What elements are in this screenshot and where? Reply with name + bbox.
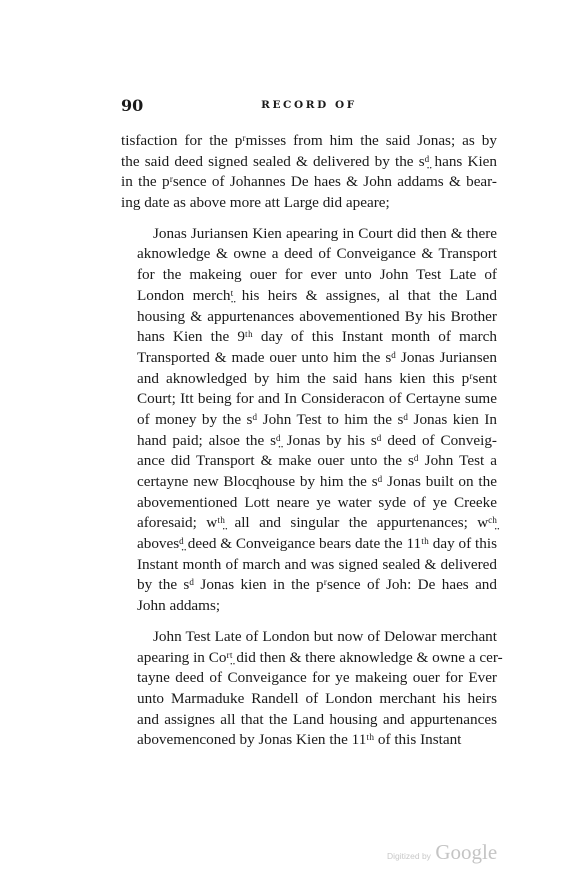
text-line: ing date as above more att Large did ape…	[121, 193, 497, 214]
body-text: tisfaction for the pʳmisses from him the…	[121, 131, 497, 751]
text-line: aforesaid; wᵗʰ̤ all and singular the app…	[121, 513, 497, 534]
text-line: tisfaction for the pʳmisses from him the…	[121, 131, 497, 152]
text-line: John addams;	[121, 596, 497, 617]
paragraph: tisfaction for the pʳmisses from him the…	[121, 131, 497, 214]
text-line: abovementioned Lott neare ye water syde …	[121, 493, 497, 514]
digitized-watermark: Digitized by Google	[387, 840, 497, 865]
text-line: John Test Late of London but now of Delo…	[121, 627, 497, 648]
text-line: certayne new Blocqhouse by him the sᵈ Jo…	[121, 472, 497, 493]
google-logo: Google	[435, 840, 497, 864]
digitized-by-label: Digitized by	[387, 851, 431, 861]
text-line: and aknowledged by him the said hans kie…	[121, 369, 497, 390]
text-line: tayne deed of Conveigance for ye makeing…	[121, 668, 497, 689]
text-line: hans Kien the 9ᵗʰ day of this Instant mo…	[121, 327, 497, 348]
text-line: Transported & made ouer unto him the sᵈ …	[121, 348, 497, 369]
page-header: 90 RECORD OF	[121, 96, 497, 116]
text-line: and assignes all that the Land housing a…	[121, 710, 497, 731]
text-line: Court; Itt being for and In Consideracon…	[121, 389, 497, 410]
text-line: aknowledge & owne a deed of Conveigance …	[121, 244, 497, 265]
running-title: RECORD OF	[121, 99, 497, 111]
text-line: abovesᵈ̤ deed & Conveigance bears date t…	[121, 534, 497, 555]
text-line: in the pʳsence of Johannes De haes & Joh…	[121, 172, 497, 193]
text-line: Jonas Juriansen Kien apearing in Court d…	[121, 224, 497, 245]
paragraph: John Test Late of London but now of Delo…	[121, 627, 497, 751]
paragraph: Jonas Juriansen Kien apearing in Court d…	[121, 224, 497, 617]
text-line: apearing in Coʳᵗ̤ did then & there aknow…	[121, 648, 497, 669]
text-line: London merchᵗ̤ his heirs & assignes, al …	[121, 286, 497, 307]
text-line: housing & appurtenances abovementioned B…	[121, 307, 497, 328]
text-line: ance did Transport & make ouer unto the …	[121, 451, 497, 472]
text-line: the said deed signed sealed & delivered …	[121, 152, 497, 173]
text-line: of money by the sᵈ John Test to him the …	[121, 410, 497, 431]
text-line: for the makeing ouer for ever unto John …	[121, 265, 497, 286]
text-line: by the sᵈ Jonas kien in the pʳsence of J…	[121, 575, 497, 596]
text-line: hand paid; alsoe the sᵈ̤ Jonas by his sᵈ…	[121, 431, 497, 452]
text-line: abovemenconed by Jonas Kien the 11ᵗʰ of …	[121, 730, 497, 751]
text-line: unto Marmaduke Randell of London merchan…	[121, 689, 497, 710]
text-line: Instant month of march and was signed se…	[121, 555, 497, 576]
book-page: 90 RECORD OF tisfaction for the pʳmisses…	[0, 0, 569, 879]
